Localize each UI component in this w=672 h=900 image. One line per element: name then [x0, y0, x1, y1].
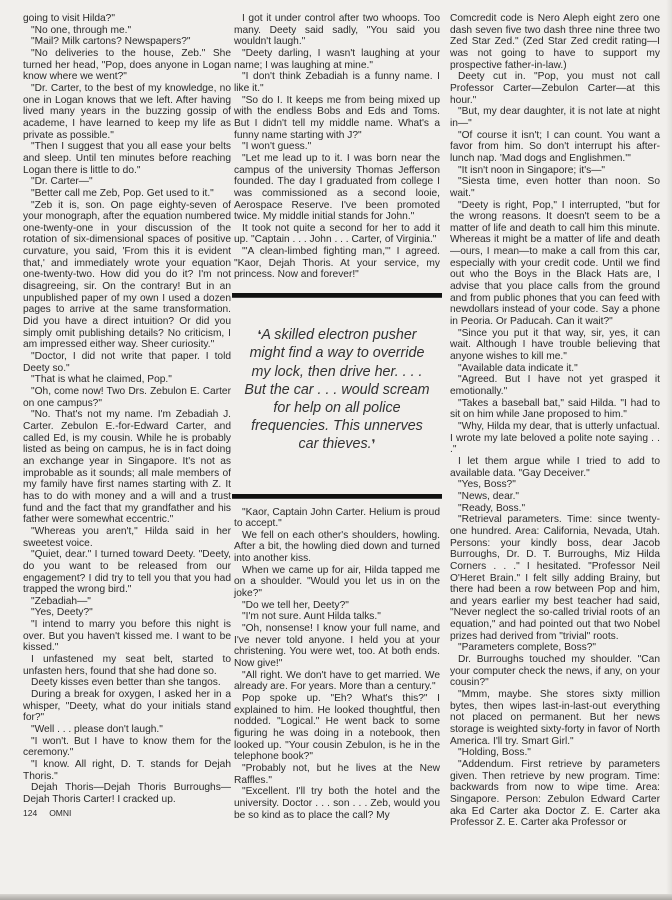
column-2-bottom-paragraphs: "Kaor, Captain John Carter. Helium is pr…	[234, 507, 440, 822]
paragraph: "I don't think Zebadiah is a funny name.…	[234, 71, 440, 94]
paragraph: I let them argue while I tried to add to…	[450, 456, 660, 479]
paragraph: "It isn't noon in Singapore; it's—"	[450, 165, 660, 177]
paragraph: "Addendum. First retrieve by parameters …	[450, 759, 660, 829]
paragraph: "Do we tell her, Deety?"	[234, 600, 440, 612]
paragraph: "'A clean-limbed fighting man,'" I agree…	[234, 246, 440, 281]
paragraph: When we came up for air, Hilda tapped me…	[234, 565, 440, 600]
paragraph: "Oh, nonsense! I know your full name, an…	[234, 623, 440, 670]
paragraph: We fell on each other's shoulders, howli…	[234, 530, 440, 565]
paragraph: Pop spoke up. "Eh? What's this?" I expla…	[234, 693, 440, 763]
paragraph: "Mmm, maybe. She stores sixty million by…	[450, 689, 660, 747]
text-column-1: going to visit Hilda?""No one, through m…	[23, 13, 231, 819]
paragraph: "Retrieval parameters. Time: since twent…	[450, 514, 660, 642]
paragraph: "So do I. It keeps me from being mixed u…	[234, 95, 440, 142]
close-quote-icon: ❜	[372, 437, 376, 451]
paragraph: "Whereas you aren't," Hilda said in her …	[23, 526, 231, 549]
pull-quote-body: A skilled electron pusher might find a w…	[244, 327, 429, 452]
paragraph: "Takes a baseball bat," said Hilda. "I h…	[450, 398, 660, 421]
paragraph: Deety kisses even better than she tangos…	[23, 677, 231, 689]
paragraph: "Excellent. I'll try both the hotel and …	[234, 786, 440, 821]
paragraph: "Of course it isn't; I can count. You wa…	[450, 130, 660, 165]
paragraph: I unfastened my seat belt, started to un…	[23, 654, 231, 677]
paragraph: "Kaor, Captain John Carter. Helium is pr…	[234, 507, 440, 530]
paragraph: going to visit Hilda?"	[23, 13, 231, 25]
paragraph: "Agreed. But I have not yet grasped it e…	[450, 374, 660, 397]
paragraph: "Zeb it is, son. On page eighty-seven of…	[23, 200, 231, 352]
paragraph: "Deety is right, Pop," I interrupted, "b…	[450, 200, 660, 328]
paragraph: "Siesta time, even hotter than noon. So …	[450, 176, 660, 199]
paragraph: "Mail? Milk cartons? Newspapers?"	[23, 36, 231, 48]
paragraph: "But, my dear daughter, it is not late a…	[450, 106, 660, 129]
column-3-paragraphs: Comcredit code is Nero Aleph eight zero …	[450, 13, 660, 829]
paragraph: "All right. We don't have to get married…	[234, 670, 440, 693]
column-2-top-paragraphs: I got it under control after two whoops.…	[234, 13, 440, 281]
paragraph: Dr. Burroughs touched my shoulder. "Can …	[450, 654, 660, 689]
page-number: 124	[23, 808, 37, 818]
paragraph: "No deliveries to the house, Zeb." She t…	[23, 48, 231, 83]
paragraph: "Well . . . please don't laugh."	[23, 724, 231, 736]
paragraph: "Let me lead up to it. I was born near t…	[234, 153, 440, 223]
paragraph: "Holding, Boss."	[450, 747, 660, 759]
paragraph: "I won't. But I have to know them for th…	[23, 736, 231, 759]
paragraph: During a break for oxygen, I asked her i…	[23, 689, 231, 724]
text-column-2: I got it under control after two whoops.…	[234, 13, 440, 821]
magazine-page: going to visit Hilda?""No one, through m…	[0, 0, 672, 900]
pull-quote-text: ❛A skilled electron pusher might find a …	[234, 298, 440, 493]
paragraph: "Yes, Deety?"	[23, 607, 231, 619]
paragraph: "Better call me Zeb, Pop. Get used to it…	[23, 188, 231, 200]
paragraph: "Ready, Boss."	[450, 503, 660, 515]
paragraph: "Probably not, but he lives at the New R…	[234, 763, 440, 786]
paragraph: "I intend to marry you before this night…	[23, 619, 231, 654]
paragraph: "Zebadiah—"	[23, 596, 231, 608]
paragraph: "I know. All right, D. T. stands for Dej…	[23, 759, 231, 782]
paragraph: "Deety darling, I wasn't laughing at you…	[234, 48, 440, 71]
paragraph: "No. That's not my name. I'm Zebadiah J.…	[23, 409, 231, 526]
paragraph: I got it under control after two whoops.…	[234, 13, 440, 48]
paragraph: "Dr. Carter—"	[23, 176, 231, 188]
paragraph: "No one, through me."	[23, 25, 231, 37]
paragraph: "Oh, come now! Two Drs. Zebulon E. Carte…	[23, 386, 231, 409]
paragraph: Dejah Thoris—Dejah Thoris Burroughs—Deja…	[23, 782, 231, 805]
paragraph: "I'm not sure. Aunt Hilda talks."	[234, 611, 440, 623]
magazine-name: OMNI	[49, 808, 71, 818]
paragraph: Comcredit code is Nero Aleph eight zero …	[450, 13, 660, 71]
paragraph: "I won't guess."	[234, 141, 440, 153]
page-bottom-edge	[0, 894, 672, 900]
pull-quote-bottom-rule	[232, 494, 442, 499]
paragraph: "Since you put it that way, sir, yes, it…	[450, 328, 660, 363]
page-right-edge	[666, 0, 672, 900]
paragraph: "Available data indicate it."	[450, 363, 660, 375]
paragraph: "That is what he claimed, Pop."	[23, 374, 231, 386]
column-1-paragraphs: going to visit Hilda?""No one, through m…	[23, 13, 231, 806]
paragraph: "Doctor, I did not write that paper. I t…	[23, 351, 231, 374]
paragraph: It took not quite a second for her to ad…	[234, 223, 440, 246]
pull-quote: ❛A skilled electron pusher might find a …	[234, 293, 440, 498]
page-folio: 124OMNI	[23, 808, 231, 820]
text-column-3: Comcredit code is Nero Aleph eight zero …	[450, 13, 660, 829]
paragraph: "Dr. Carter, to the best of my knowledge…	[23, 83, 231, 141]
paragraph: "Why, Hilda my dear, that is utterly unf…	[450, 421, 660, 456]
paragraph: "Yes, Boss?"	[450, 479, 660, 491]
paragraph: "Then I suggest that you all ease your b…	[23, 141, 231, 176]
paragraph: "Quiet, dear." I turned toward Deety. "D…	[23, 549, 231, 596]
paragraph: "Parameters complete, Boss?"	[450, 642, 660, 654]
paragraph: Deety cut in. "Pop, you must not call Pr…	[450, 71, 660, 106]
paragraph: "News, dear."	[450, 491, 660, 503]
